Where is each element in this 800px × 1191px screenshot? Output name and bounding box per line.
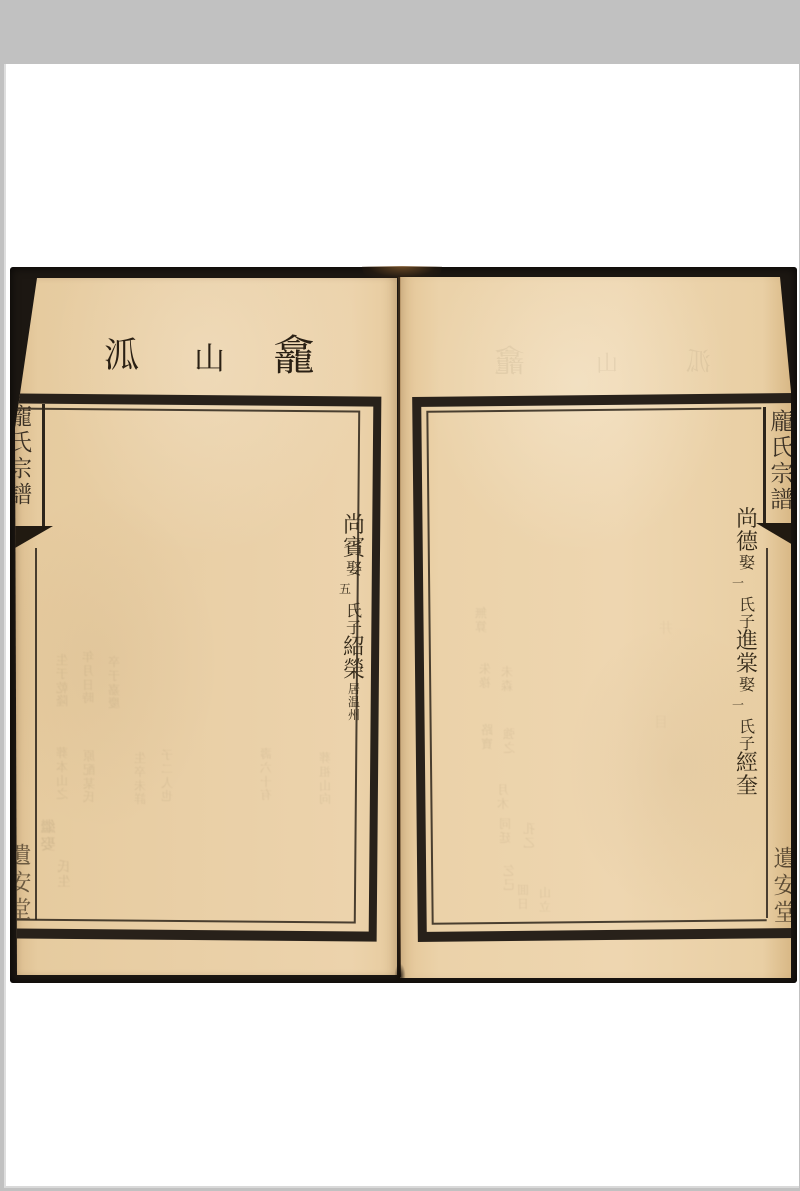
bleedthrough-char: 森 (496, 680, 518, 694)
bleedthrough-column: 原配某氏 (78, 750, 100, 805)
entry-char: 尚 (733, 509, 761, 531)
scan-page-canvas: 龕山泒 龐氏宗譜 遺安堂 尚賓娶五氏子紹榮居温州 生于乾隆年月日時卒于嘉慶葬本山… (4, 64, 799, 1188)
spine-column-rule-right (763, 407, 766, 525)
spine-column-rule-left (42, 404, 45, 526)
bleedthrough-char: 也 (156, 790, 178, 804)
entry-note: 一 (724, 577, 752, 589)
spine-title-left: 龐氏宗譜 (15, 406, 34, 510)
bleedthrough-char: 原 (78, 750, 100, 764)
branch-title-char: 龕 (273, 335, 315, 377)
spine-title-char: 龐 (768, 411, 794, 434)
bleedthrough-char: 于 (51, 668, 73, 682)
bleedthrough-char: 廷 (494, 832, 516, 846)
bleedthrough-column: 同廷 (494, 818, 516, 846)
bleedthrough-column: 年月日時 (77, 651, 99, 706)
spine-column-rule-left-lower (35, 548, 37, 920)
bleedthrough-char: 日 (512, 898, 534, 912)
bleedthrough-char: 未 (496, 666, 518, 680)
bleedthrough-char: 時 (77, 692, 99, 706)
bleedthrough-char: 乾 (51, 682, 73, 696)
spine-title-char: 氏 (768, 437, 794, 460)
bleedthrough-char: 之 (498, 742, 520, 756)
bleedthrough-char: 葬 (51, 747, 73, 761)
bleedthrough-char: 嘉 (103, 684, 125, 698)
branch-title-char: 泒 (104, 339, 139, 374)
bleedthrough-column: 生卒未詳 (129, 752, 151, 807)
branch-title: 龕山泒 (15, 278, 397, 398)
bleedthrough-char: 年 (77, 651, 99, 665)
entry-char: 氏 (733, 597, 761, 613)
entry-char: 經 (733, 753, 761, 775)
bleedthrough-char: 生 (129, 752, 151, 766)
bleedthrough-char: 娶 (37, 836, 59, 853)
entry-char: 子 (733, 736, 761, 752)
bleedthrough-char: 孔 (518, 823, 540, 837)
entry-char: 尚 (340, 515, 368, 537)
spine-title-char: 氏 (15, 432, 34, 455)
entry-note: 一 (724, 699, 752, 711)
bleedthrough-column: 目 (650, 715, 672, 731)
entry-char: 榮 (340, 660, 368, 682)
spine-title-char: 譜 (768, 489, 794, 512)
bleedthrough-branch-char: 泒 (686, 349, 711, 374)
bleedthrough-branch-title: 龕山泒 (400, 277, 794, 397)
branch-title-char: 山 (194, 344, 225, 375)
bleedthrough-char: 生 (51, 654, 73, 668)
entry-char: 居 (340, 683, 368, 695)
entry-char: 娶一 (733, 677, 761, 705)
hall-mark-char: 堂 (15, 899, 34, 922)
bleedthrough-column: 繼娶 (37, 819, 59, 854)
bleedthrough-char: 繼 (37, 819, 59, 836)
bleedthrough-char: 月 (77, 665, 99, 679)
bleedthrough-column: 路寶 (476, 724, 498, 752)
bleedthrough-char: 山 (534, 887, 556, 901)
bleedthrough-char: 配 (78, 764, 100, 778)
bleedthrough-char: 木 (492, 798, 514, 812)
spine-title-char: 宗 (15, 458, 34, 481)
bleedthrough-column: 強之 (498, 728, 520, 756)
bleedthrough-char: 山 (314, 780, 336, 794)
bleedthrough-char: 月 (492, 784, 514, 798)
hall-mark-char: 遺 (771, 848, 794, 871)
bleedthrough-char: 某 (78, 778, 100, 792)
bleedthrough-char: 無 (470, 607, 492, 621)
entry-char: 紹 (340, 637, 368, 659)
spine-title-char: 龐 (15, 406, 34, 429)
bleedthrough-char: 祿 (474, 677, 496, 691)
bleedthrough-branch-char: 山 (596, 354, 618, 376)
entry-char: 州 (340, 709, 368, 721)
bleedthrough-char: 目 (650, 715, 672, 731)
bleedthrough-char: 乙 (518, 837, 540, 851)
bleedthrough-column: 卒于嘉慶 (103, 656, 125, 711)
bleedthrough-char: 朱 (474, 663, 496, 677)
entry-char: 娶一 (733, 555, 761, 583)
spine-title-char: 譜 (15, 484, 34, 507)
bleedthrough-column: 氏生 (53, 861, 75, 891)
bleedthrough-char: 路 (476, 724, 498, 738)
page-left: 龕山泒 龐氏宗譜 遺安堂 尚賓娶五氏子紹榮居温州 生于乾隆年月日時卒于嘉慶葬本山… (15, 278, 397, 975)
bleedthrough-column: 未森 (496, 666, 518, 694)
entry-char: 進 (733, 631, 761, 653)
genealogy-entry-left: 尚賓娶五氏子紹榮居温州 (340, 514, 368, 722)
bleedthrough-char: 氏 (53, 861, 75, 876)
bleedthrough-char: 乞 (498, 865, 520, 879)
entry-char: 奎 (733, 776, 761, 798)
entry-char: 德 (733, 532, 761, 554)
hall-mark-char: 遺 (15, 845, 34, 868)
bleedthrough-char: 之 (51, 788, 73, 802)
bleedthrough-char: 祖 (314, 766, 336, 780)
entry-char: 棠 (733, 654, 761, 676)
bleedthrough-column: 子二人也 (156, 749, 178, 804)
bleedthrough-column: 月木 (492, 784, 514, 812)
hall-mark-char: 安 (771, 875, 794, 898)
bleedthrough-char: 壽 (255, 748, 277, 762)
bleedthrough-column: 囬日 (512, 884, 534, 912)
entry-char: 氏 (340, 603, 368, 619)
spine-column-rule-right-lower (766, 548, 768, 918)
bleedthrough-column: 葬祖山向 (314, 752, 336, 807)
entry-note: 五 (331, 583, 359, 595)
bleedthrough-char: 同 (494, 818, 516, 832)
entry-char: 娶五 (340, 561, 368, 589)
bleedthrough-char: 慶 (103, 697, 125, 711)
bleedthrough-char: 十 (255, 776, 277, 790)
bleedthrough-char: 向 (314, 793, 336, 807)
bleedthrough-char: 有 (255, 789, 277, 803)
bleedthrough-column: 井 (655, 621, 677, 637)
bleedthrough-char: 山 (51, 775, 73, 789)
spine-title-char: 宗 (768, 463, 794, 486)
bleedthrough-char: 二 (156, 763, 178, 777)
gutter-bottom-shadow (393, 955, 407, 981)
scan-viewer-background: 龕山泒 龐氏宗譜 遺安堂 尚賓娶五氏子紹榮居温州 生于乾隆年月日時卒于嘉慶葬本山… (0, 0, 800, 1191)
hall-mark-char: 堂 (771, 902, 794, 925)
bleedthrough-char: 強 (498, 728, 520, 742)
bleedthrough-char: 隆 (51, 695, 73, 709)
bleedthrough-column: 朱祿 (474, 663, 496, 691)
bleedthrough-branch-char: 龕 (494, 347, 525, 378)
bleedthrough-char: 囬 (512, 884, 534, 898)
hall-mark-left: 遺安堂 (15, 845, 34, 926)
bleedthrough-column: 壽六十有 (255, 748, 277, 803)
bleedthrough-char: 于 (103, 670, 125, 684)
genealogy-entry-right: 尚德娶一氏子進棠娶一氏子經奎 (733, 508, 761, 799)
bleedthrough-char: 卒 (129, 766, 151, 780)
bleedthrough-column: 生于乾隆 (51, 654, 73, 709)
entry-char: 子 (733, 614, 761, 630)
bleedthrough-char: 子 (156, 749, 178, 763)
entry-char: 温 (340, 696, 368, 708)
bleedthrough-column: 孔乙 (518, 823, 540, 851)
bleedthrough-char: 卒 (103, 656, 125, 670)
bleedthrough-char: 算 (470, 621, 492, 635)
book-spread-photo: 龕山泒 龐氏宗譜 遺安堂 尚賓娶五氏子紹榮居温州 生于乾隆年月日時卒于嘉慶葬本山… (10, 267, 797, 983)
page-right: 龕山泒 龐氏宗譜 遺安堂 尚德娶一氏子進棠娶一氏子經奎 無算朱祿未森路寶強之月木… (400, 277, 794, 978)
gutter-crease (398, 277, 401, 977)
entry-char: 賓 (340, 538, 368, 560)
bleedthrough-char: 寶 (476, 738, 498, 752)
hall-mark-char: 安 (15, 872, 34, 895)
hall-mark-right: 遺安堂 (771, 848, 794, 929)
bleedthrough-column: 無算 (470, 607, 492, 635)
spine-title-right: 龐氏宗譜 (768, 411, 794, 515)
bleedthrough-char: 詳 (129, 793, 151, 807)
bleedthrough-char: 立 (534, 901, 556, 915)
bleedthrough-char: 葬 (314, 752, 336, 766)
bleedthrough-char: 本 (51, 761, 73, 775)
bleedthrough-column: 山立 (534, 887, 556, 915)
bleedthrough-char: 井 (655, 621, 677, 637)
bleedthrough-char: 氏 (78, 791, 100, 805)
bleedthrough-char: 未 (129, 780, 151, 794)
entry-char: 氏 (733, 719, 761, 735)
bleedthrough-column: 葬本山之 (51, 747, 73, 802)
entry-char: 子 (340, 620, 368, 636)
bleedthrough-char: 六 (255, 762, 277, 776)
bleedthrough-char: 生 (53, 876, 75, 891)
